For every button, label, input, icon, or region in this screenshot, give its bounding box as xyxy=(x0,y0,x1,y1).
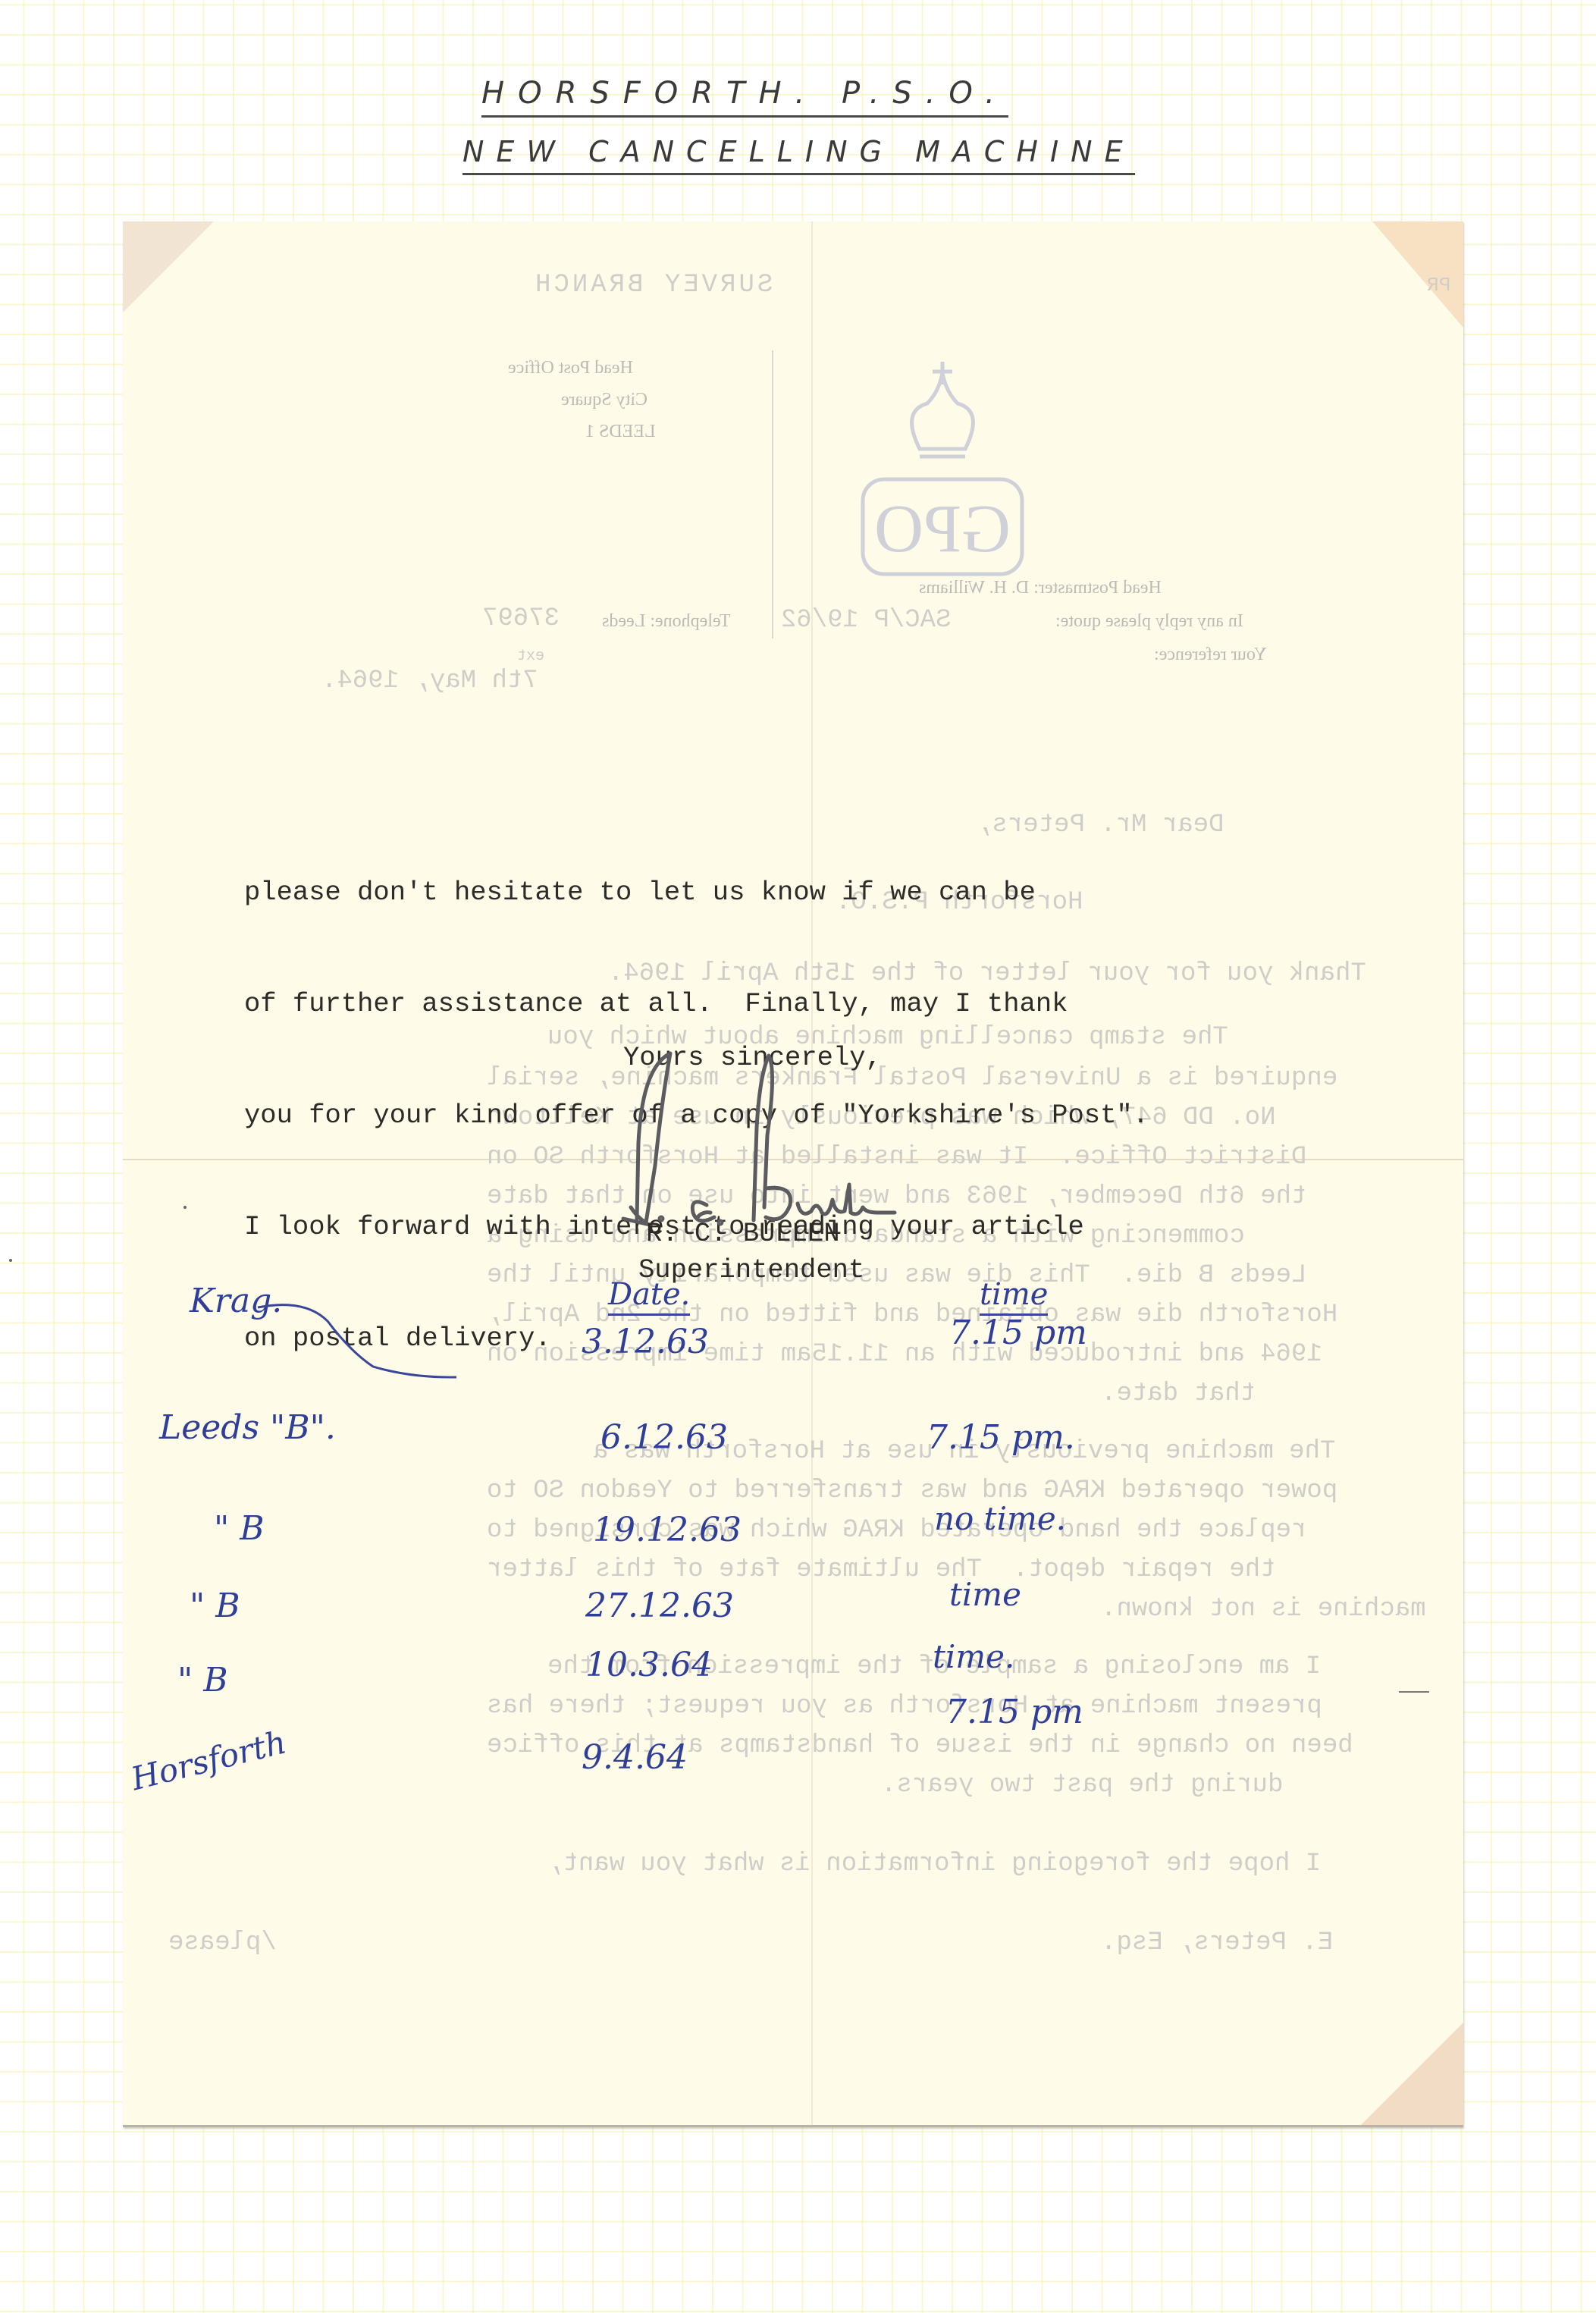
die-label: Horsforth xyxy=(127,1723,290,1797)
ghost-line: E. Peters, Esq. xyxy=(1101,1923,1333,1963)
reply-quote-reference: SAC/P 19/62 xyxy=(781,601,951,640)
photo-corner-bottom-right xyxy=(1361,2023,1463,2125)
margin-speck xyxy=(9,1259,12,1262)
ghost-line: I hope the foregoing information is what… xyxy=(547,1844,1321,1884)
ink-speck xyxy=(183,1206,187,1209)
address-line: Head Post Office xyxy=(508,352,633,384)
signatory-name: R. C. BULLEN xyxy=(646,1215,840,1252)
time-value: 7.15 pm. xyxy=(927,1418,1075,1457)
die-label: " B xyxy=(214,1509,265,1548)
die-label: Krag. xyxy=(190,1282,282,1320)
corner-mark: PR xyxy=(1427,265,1450,305)
head-postmaster: Head Postmaster: D. H. Williams xyxy=(919,572,1162,604)
address-line: City Square xyxy=(561,384,647,416)
margin-dash-mark xyxy=(1399,1691,1429,1693)
ghost-line: machine is not known. xyxy=(1101,1590,1425,1629)
your-reference-label: Your reference: xyxy=(1154,639,1267,670)
time-value: 7.15 pm xyxy=(949,1313,1087,1352)
album-page-subtitle: NEW CANCELLING MACHINE xyxy=(462,135,1135,175)
die-label: Leeds "B". xyxy=(159,1408,336,1447)
telephone-label: Telephone: Leeds xyxy=(602,605,731,637)
date-value: 3.12.63 xyxy=(582,1323,709,1361)
time-column-header: time xyxy=(980,1277,1048,1316)
album-page-title: HORSFORTH. P.S.O. xyxy=(481,76,1008,118)
gpo-crown-logo-icon: GPO xyxy=(848,358,1037,585)
time-value: time. xyxy=(933,1638,1014,1675)
die-label: " B xyxy=(190,1586,240,1625)
date-column-header: Date. xyxy=(608,1277,690,1316)
letter-date: 7th May, 1964. xyxy=(321,661,538,701)
time-value: no time. xyxy=(934,1500,1066,1537)
survey-branch-heading: SURVEY BRANCH xyxy=(532,265,773,305)
body-line: please don't hesitate to let us know if … xyxy=(244,874,1149,911)
time-value: time xyxy=(949,1576,1021,1613)
ghost-line: /please xyxy=(168,1923,277,1963)
telephone-number: 37697 xyxy=(482,599,560,639)
address-line: LEEDS 1 xyxy=(585,416,656,447)
ghost-line: power operated KRAG and was transferred … xyxy=(487,1471,1337,1511)
date-value: 6.12.63 xyxy=(600,1418,728,1457)
reply-quote-label: In any reply please quote: xyxy=(1055,605,1243,637)
letterhead-divider xyxy=(772,350,773,639)
ghost-line: during the past two years. xyxy=(881,1765,1284,1805)
ghost-line: the repair depot. The ultimate fate of t… xyxy=(487,1550,1276,1590)
date-value: 10.3.64 xyxy=(585,1646,713,1684)
svg-text:GPO: GPO xyxy=(874,491,1011,566)
letter-sheet: SURVEY BRANCH PR Head Post Office City S… xyxy=(123,221,1463,2127)
die-label: " B xyxy=(177,1661,228,1699)
date-value: 19.12.63 xyxy=(593,1511,742,1549)
photo-corner-top-left xyxy=(123,221,214,312)
time-value: 7.15 pm xyxy=(945,1693,1083,1731)
body-line: of further assistance at all. Finally, m… xyxy=(244,985,1149,1022)
date-value: 27.12.63 xyxy=(585,1586,734,1625)
date-value: 9.4.64 xyxy=(582,1738,688,1777)
ghost-line: present machine at Horsforth as you requ… xyxy=(487,1687,1322,1726)
